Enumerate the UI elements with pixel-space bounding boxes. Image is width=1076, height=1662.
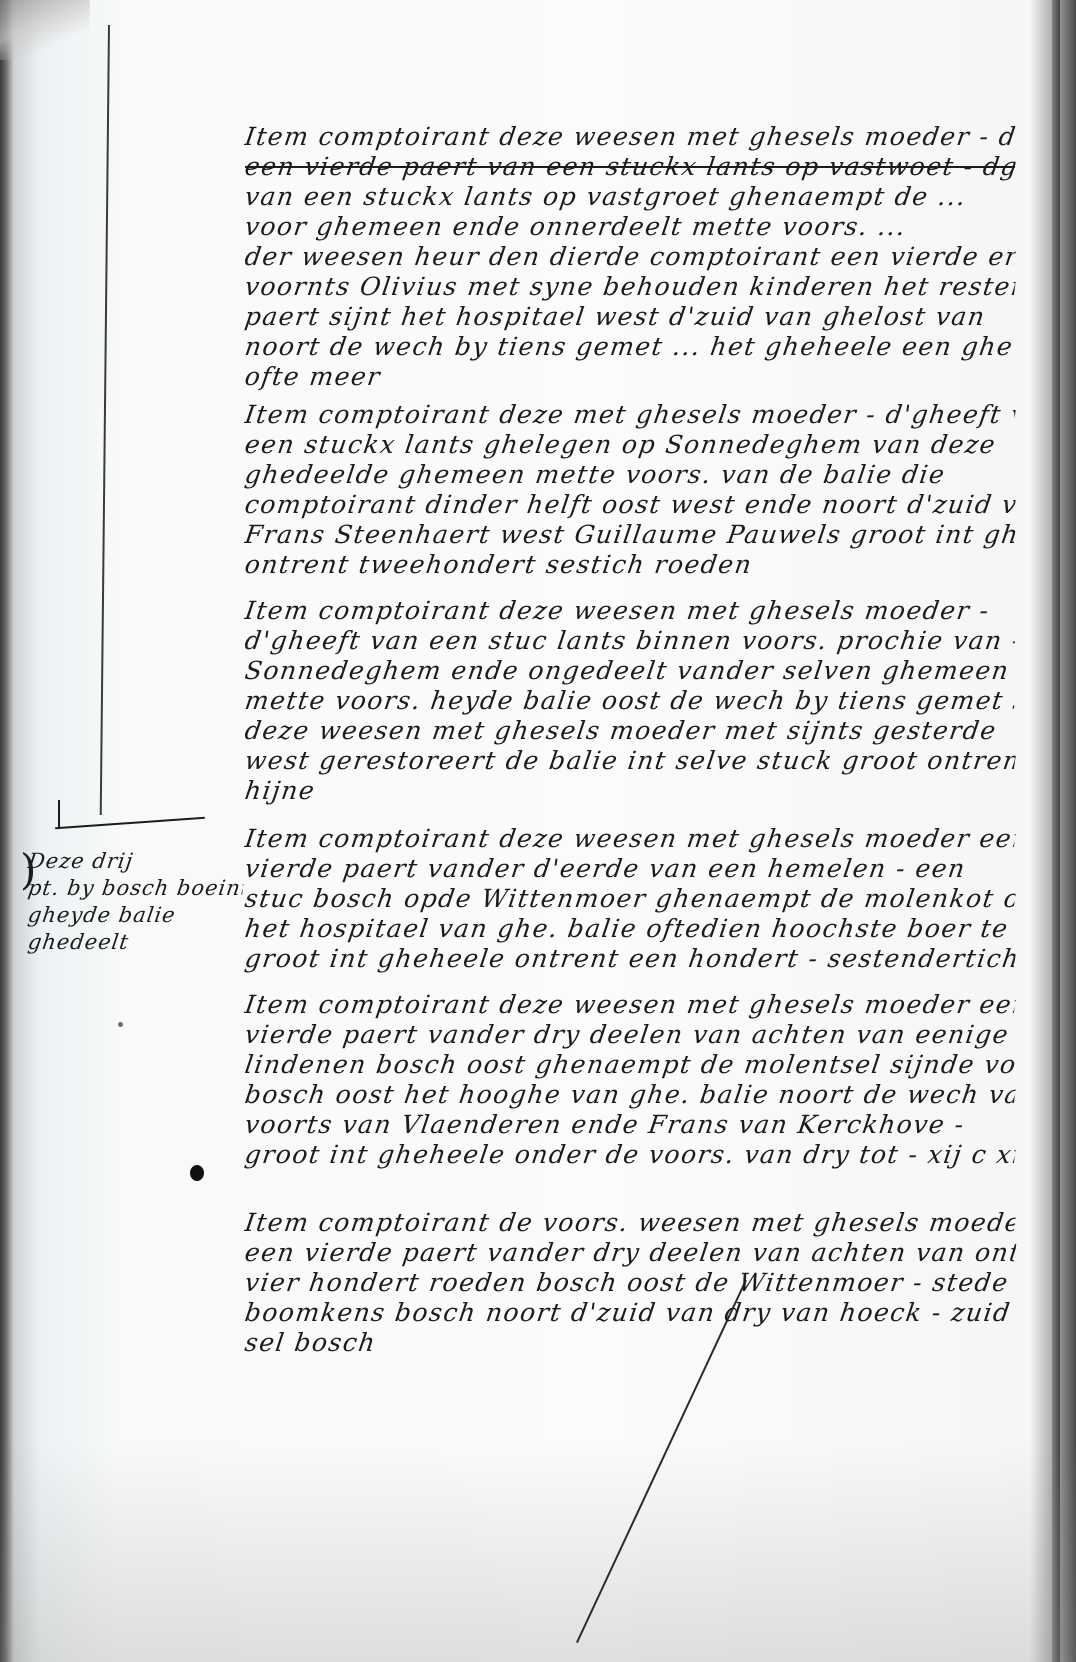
handwritten-line: bosch oost het hooghe van ghe. balie noo… [243,1080,1017,1110]
handwritten-line: Item comptoirant de voors. weesen met gh… [243,1208,1017,1238]
handwritten-line: Item comptoirant deze weesen met ghesels… [243,122,1017,152]
handwritten-line: noort de wech by tiens gemet ... het ghe… [243,332,1017,362]
handwritten-line: deze weesen met ghesels moeder met sijnt… [243,716,1017,746]
manuscript-entry-4: Item comptoirant deze weesen met ghesels… [245,824,1015,974]
handwritten-line: d'gheeft van een stuc lants binnen voors… [243,626,1017,656]
handwritten-line: Item comptoirant deze weesen met ghesels… [243,990,1017,1020]
manuscript-entry-1: Item comptoirant deze weesen met ghesels… [245,122,1015,392]
handwritten-line: boomkens bosch noort d'zuid van dry van … [243,1298,1017,1328]
handwritten-line: voor ghemeen ende onnerdeelt mette voors… [243,212,1017,242]
handwritten-line: Item comptoirant deze met ghesels moeder… [243,400,1017,430]
margin-note-line: Deze drij [26,848,245,875]
margin-mark-horizontal [55,817,205,829]
margin-rule-line [100,25,110,815]
handwritten-line: ontrent tweehondert sestich roeden [243,550,1017,580]
handwritten-line: hijne [243,776,1017,806]
margin-mark-vertical [58,800,60,828]
handwritten-line: west gerestoreert de balie int selve stu… [243,746,1017,776]
manuscript-page: ) Deze drij pt. by bosch boeint gheyde b… [0,0,1076,1662]
handwritten-line: groot int gheheele onder de voors. van d… [243,1140,1017,1170]
handwritten-line: vierde paert vander dry deelen van achte… [243,1020,1017,1050]
handwritten-line: Sonnedeghem ende ongedeelt vander selven… [243,656,1017,686]
margin-note-line: gheyde balie [26,902,245,929]
handwritten-line: stuc bosch opde Wittenmoer ghenaempt de … [243,884,1017,914]
handwritten-line: voornts Olivius met syne behouden kinder… [243,272,1017,302]
manuscript-entry-3: Item comptoirant deze weesen met ghesels… [245,596,1015,806]
handwritten-line: vier hondert roeden bosch oost de Witten… [243,1268,1017,1298]
struck-through-line: een vierde paert van een stuckx lants op… [243,152,1017,182]
handwritten-line: Item comptoirant deze weesen met ghesels… [243,596,1017,626]
handwritten-line: ofte meer [243,362,1017,392]
handwritten-line: vierde paert vander d'eerde van een heme… [243,854,1017,884]
handwritten-line: sel bosch [243,1328,1017,1358]
manuscript-entry-5: Item comptoirant deze weesen met ghesels… [245,990,1015,1170]
margin-note: Deze drij pt. by bosch boeint gheyde bal… [28,848,243,956]
folded-corner [0,0,90,60]
handwritten-line: een stuckx lants ghelegen op Sonnedeghem… [243,430,1017,460]
handwritten-line: van een stuckx lants op vastgroet ghenae… [243,182,1017,212]
handwritten-line: der weesen heur den dierde comptoirant e… [243,242,1017,272]
ink-speck [118,1022,123,1027]
page-right-edge [1052,0,1060,1662]
handwritten-line: comptoirant dinder helft oost west ende … [243,490,1017,520]
handwritten-line: paert sijnt het hospitael west d'zuid va… [243,302,1017,332]
manuscript-entry-2: Item comptoirant deze met ghesels moeder… [245,400,1015,580]
handwritten-line: groot int gheheele ontrent een hondert -… [243,944,1017,974]
margin-note-line: ghedeelt [26,929,245,956]
handwritten-line: het hospitael van ghe. balie oftedien ho… [243,914,1017,944]
handwritten-line: Frans Steenhaert west Guillaume Pauwels … [243,520,1017,550]
ink-blot [190,1165,204,1181]
handwritten-line: Item comptoirant deze weesen met ghesels… [243,824,1017,854]
handwritten-line: lindenen bosch oost ghenaempt de molents… [243,1050,1017,1080]
handwritten-line: een vierde paert vander dry deelen van a… [243,1238,1017,1268]
handwritten-line: voorts van Vlaenderen ende Frans van Ker… [243,1110,1017,1140]
manuscript-entry-6: Item comptoirant de voors. weesen met gh… [245,1208,1015,1358]
page-bottom-shadow [0,1442,1076,1662]
margin-note-line: pt. by bosch boeint [26,875,245,902]
handwritten-line: mette voors. heyde balie oost de wech by… [243,686,1017,716]
handwritten-line: ghedeelde ghemeen mette voors. van de ba… [243,460,1017,490]
